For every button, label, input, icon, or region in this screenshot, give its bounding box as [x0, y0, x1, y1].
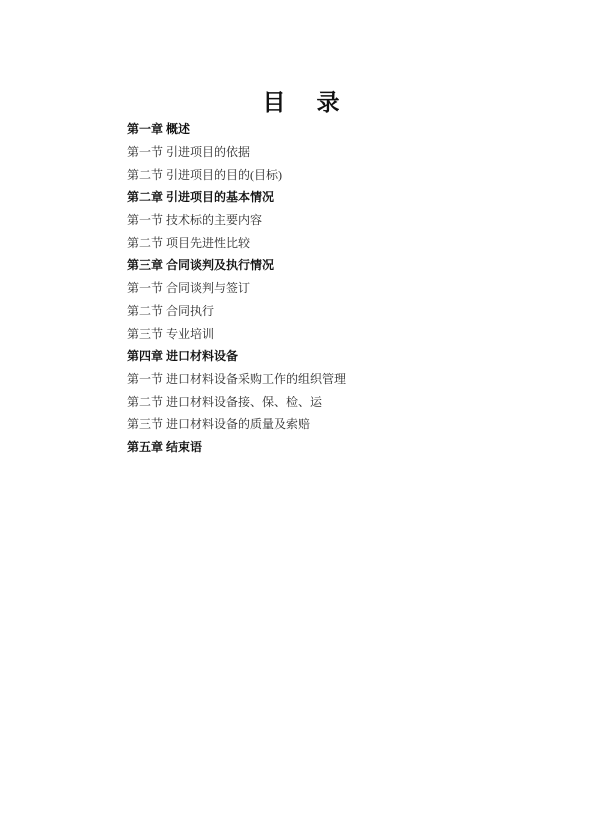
toc-entry: 第一节 合同谈判与签订 [127, 277, 547, 300]
toc-entry-label: 第三节 [127, 328, 166, 340]
toc-entry: 第三节 专业培训 [127, 322, 547, 345]
toc-entry: 第一节 进口材料设备采购工作的组织管理 [127, 368, 547, 391]
page-title: 目 录 [127, 84, 479, 117]
toc-entry-title: 合同谈判及执行情况 [166, 259, 274, 271]
toc-entry: 第二节 项目先进性比较 [127, 231, 547, 254]
toc-list: 第一章 概述 第一节 引进项目的依据 第二节 引进项目的目的(目标) 第二章 引… [127, 118, 547, 458]
toc-entry: 第五章 结束语 [127, 436, 547, 459]
toc-entry-title: 技术标的主要内容 [166, 214, 262, 226]
toc-entry: 第三节 进口材料设备的质量及索赔 [127, 413, 547, 436]
toc-entry-label: 第一节 [127, 373, 166, 385]
toc-entry-label: 第五章 [127, 441, 166, 453]
toc-entry-title: 概述 [166, 123, 190, 135]
toc-entry-label: 第二节 [127, 237, 166, 249]
toc-entry-label: 第一节 [127, 214, 166, 226]
toc-entry-label: 第二章 [127, 191, 166, 203]
toc-entry-label: 第一章 [127, 123, 166, 135]
toc-entry-title: 合同执行 [166, 305, 214, 317]
toc-entry-label: 第三节 [127, 418, 166, 430]
toc-entry-title: 引进项目的目的(目标) [166, 169, 282, 181]
toc-entry: 第四章 进口材料设备 [127, 345, 547, 368]
toc-entry: 第二节 合同执行 [127, 300, 547, 323]
toc-entry: 第一节 技术标的主要内容 [127, 209, 547, 232]
toc-entry-title: 项目先进性比较 [166, 237, 250, 249]
toc-entry-label: 第四章 [127, 350, 166, 362]
toc-entry-title: 进口材料设备 [166, 350, 238, 362]
toc-entry: 第一节 引进项目的依据 [127, 141, 547, 164]
toc-entry-label: 第二节 [127, 305, 166, 317]
toc-entry-title: 合同谈判与签订 [166, 282, 250, 294]
toc-entry-title: 进口材料设备的质量及索赔 [166, 418, 310, 430]
document-page: 目 录 第一章 概述 第一节 引进项目的依据 第二节 引进项目的目的(目标) 第… [0, 0, 590, 835]
toc-entry: 第三章 合同谈判及执行情况 [127, 254, 547, 277]
toc-entry-label: 第一节 [127, 282, 166, 294]
toc-entry: 第一章 概述 [127, 118, 547, 141]
toc-entry-title: 进口材料设备接、保、检、运 [166, 396, 322, 408]
toc-entry-label: 第二节 [127, 396, 166, 408]
toc-entry-label: 第二节 [127, 169, 166, 181]
toc-entry-title: 专业培训 [166, 328, 214, 340]
toc-entry-label: 第一节 [127, 146, 166, 158]
toc-entry-title: 引进项目的基本情况 [166, 191, 274, 203]
toc-entry: 第二章 引进项目的基本情况 [127, 186, 547, 209]
toc-entry-label: 第三章 [127, 259, 166, 271]
toc-entry: 第二节 进口材料设备接、保、检、运 [127, 390, 547, 413]
toc-entry: 第二节 引进项目的目的(目标) [127, 163, 547, 186]
toc-entry-title: 进口材料设备采购工作的组织管理 [166, 373, 346, 385]
toc-entry-title: 结束语 [166, 441, 202, 453]
toc-entry-title: 引进项目的依据 [166, 146, 250, 158]
